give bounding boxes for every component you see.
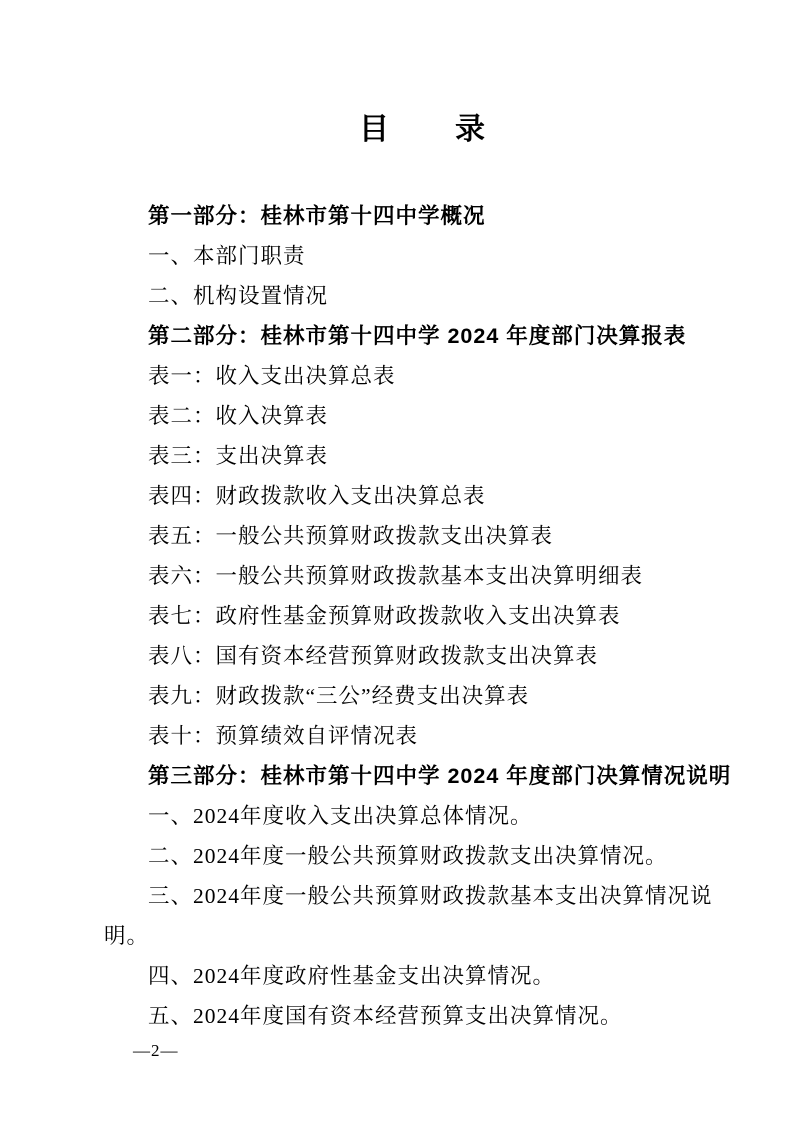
toc-section-heading: 第二部分：桂林市第十四中学 2024 年度部门决算报表	[104, 316, 700, 356]
toc-entry: 表一：收入支出决算总表	[104, 356, 700, 396]
toc-entry: 表七：政府性基金预算财政拨款收入支出决算表	[104, 596, 700, 636]
toc-entry: 表六：一般公共预算财政拨款基本支出决算明细表	[104, 556, 700, 596]
toc-list: 第一部分：桂林市第十四中学概况一、本部门职责二、机构设置情况第二部分：桂林市第十…	[104, 196, 700, 1036]
document-page: 目 录 第一部分：桂林市第十四中学概况一、本部门职责二、机构设置情况第二部分：桂…	[0, 0, 800, 1131]
toc-entry: 二、2024年度一般公共预算财政拨款支出决算情况。	[104, 836, 700, 876]
toc-section-heading: 第三部分：桂林市第十四中学 2024 年度部门决算情况说明	[104, 756, 700, 796]
toc-entry: 五、2024年度国有资本经营预算支出决算情况。	[104, 996, 700, 1036]
toc-entry: 表九：财政拨款“三公”经费支出决算表	[104, 676, 700, 716]
toc-section-heading: 第一部分：桂林市第十四中学概况	[104, 196, 700, 236]
document-title: 目 录	[104, 108, 700, 152]
page-number: —2—	[133, 1040, 179, 1062]
toc-entry: 一、2024年度收入支出决算总体情况。	[104, 796, 700, 836]
toc-entry: 表十：预算绩效自评情况表	[104, 716, 700, 756]
toc-entry: 明。	[104, 916, 700, 956]
toc-entry: 一、本部门职责	[104, 236, 700, 276]
toc-entry: 表二：收入决算表	[104, 396, 700, 436]
toc-entry: 二、机构设置情况	[104, 276, 700, 316]
toc-entry: 表五：一般公共预算财政拨款支出决算表	[104, 516, 700, 556]
toc-entry: 三、2024年度一般公共预算财政拨款基本支出决算情况说	[104, 876, 700, 916]
toc-entry: 表三：支出决算表	[104, 436, 700, 476]
toc-entry: 表八：国有资本经营预算财政拨款支出决算表	[104, 636, 700, 676]
toc-entry: 四、2024年度政府性基金支出决算情况。	[104, 956, 700, 996]
toc-entry: 表四：财政拨款收入支出决算总表	[104, 476, 700, 516]
